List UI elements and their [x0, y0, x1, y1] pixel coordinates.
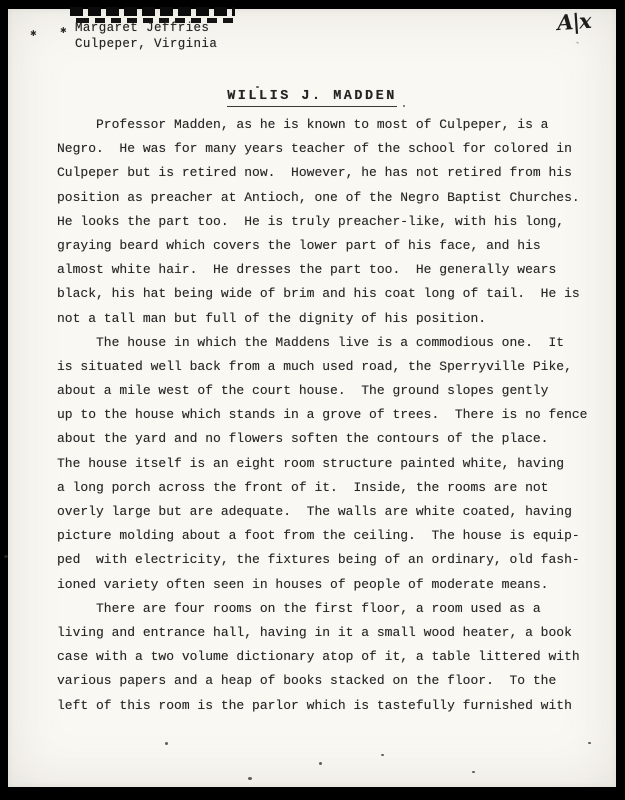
text-line: almost white hair. He dresses the part t…: [57, 258, 597, 282]
scanned-document: ✱ ✱ Margaret JeffriesCulpeper, Virginia …: [0, 0, 625, 800]
page-title-text: WILLIS J. MADDEN: [227, 89, 397, 107]
text-line: There are four rooms on the first floor,…: [57, 597, 597, 621]
scan-speck: [165, 742, 168, 745]
text-line: ped with electricity, the fixtures being…: [57, 548, 597, 572]
paragraph: The house in which the Maddens live is a…: [57, 331, 597, 597]
scan-speck: [256, 86, 259, 88]
text-line: The house in which the Maddens live is a…: [57, 331, 597, 355]
page-surface: ✱ ✱ Margaret JeffriesCulpeper, Virginia …: [8, 9, 616, 787]
scan-speck: [472, 771, 475, 773]
scan-speck: [248, 777, 252, 780]
scan-speck: [403, 105, 405, 107]
scan-speck: [381, 754, 384, 756]
pencil-mark: ✱: [30, 29, 37, 38]
pencil-mark: ✱: [60, 26, 67, 35]
text-line: about a mile west of the court house. Th…: [57, 379, 597, 403]
author-block: Margaret JeffriesCulpeper, Virginia: [75, 21, 217, 52]
text-line: about the yard and no flowers soften the…: [57, 427, 597, 451]
text-line: living and entrance hall, having in it a…: [57, 621, 597, 645]
text-line: The house itself is an eight room struct…: [57, 452, 597, 476]
paragraph: Professor Madden, as he is known to most…: [57, 113, 597, 331]
redacted-text-line: [70, 7, 235, 16]
author-location: Culpeper, Virginia: [75, 37, 217, 53]
author-name: Margaret Jeffries: [75, 21, 217, 37]
page-title: WILLIS J. MADDEN: [8, 86, 616, 107]
text-line: a long porch across the front of it. Ins…: [57, 476, 597, 500]
text-line: picture molding about a foot from the ce…: [57, 524, 597, 548]
text-line: up to the house which stands in a grove …: [57, 403, 597, 427]
text-line: ioned variety often seen in houses of pe…: [57, 573, 597, 597]
text-line: Professor Madden, as he is known to most…: [57, 113, 597, 137]
text-line: left of this room is the parlor which is…: [57, 694, 597, 718]
document-body: Professor Madden, as he is known to most…: [57, 113, 597, 718]
text-line: position as preacher at Antioch, one of …: [57, 186, 597, 210]
text-line: case with a two volume dictionary atop o…: [57, 645, 597, 669]
pencil-tick-mark: ˘: [572, 41, 580, 51]
text-line: black, his hat being wide of brim and hi…: [57, 282, 597, 306]
text-line: overly large but are adequate. The walls…: [57, 500, 597, 524]
scan-speck: [319, 762, 322, 765]
handwritten-annotation: A|x: [556, 8, 591, 35]
text-line: not a tall man but full of the dignity o…: [57, 307, 597, 331]
text-line: is situated well back from a much used r…: [57, 355, 597, 379]
scan-speck: [588, 742, 591, 744]
text-line: graying beard which covers the lower par…: [57, 234, 597, 258]
text-line: Culpeper but is retired now. However, he…: [57, 161, 597, 185]
text-line: Negro. He was for many years teacher of …: [57, 137, 597, 161]
paragraph: There are four rooms on the first floor,…: [57, 597, 597, 718]
scan-speck: [4, 555, 8, 558]
text-line: He looks the part too. He is truly preac…: [57, 210, 597, 234]
text-line: various papers and a heap of books stack…: [57, 669, 597, 693]
